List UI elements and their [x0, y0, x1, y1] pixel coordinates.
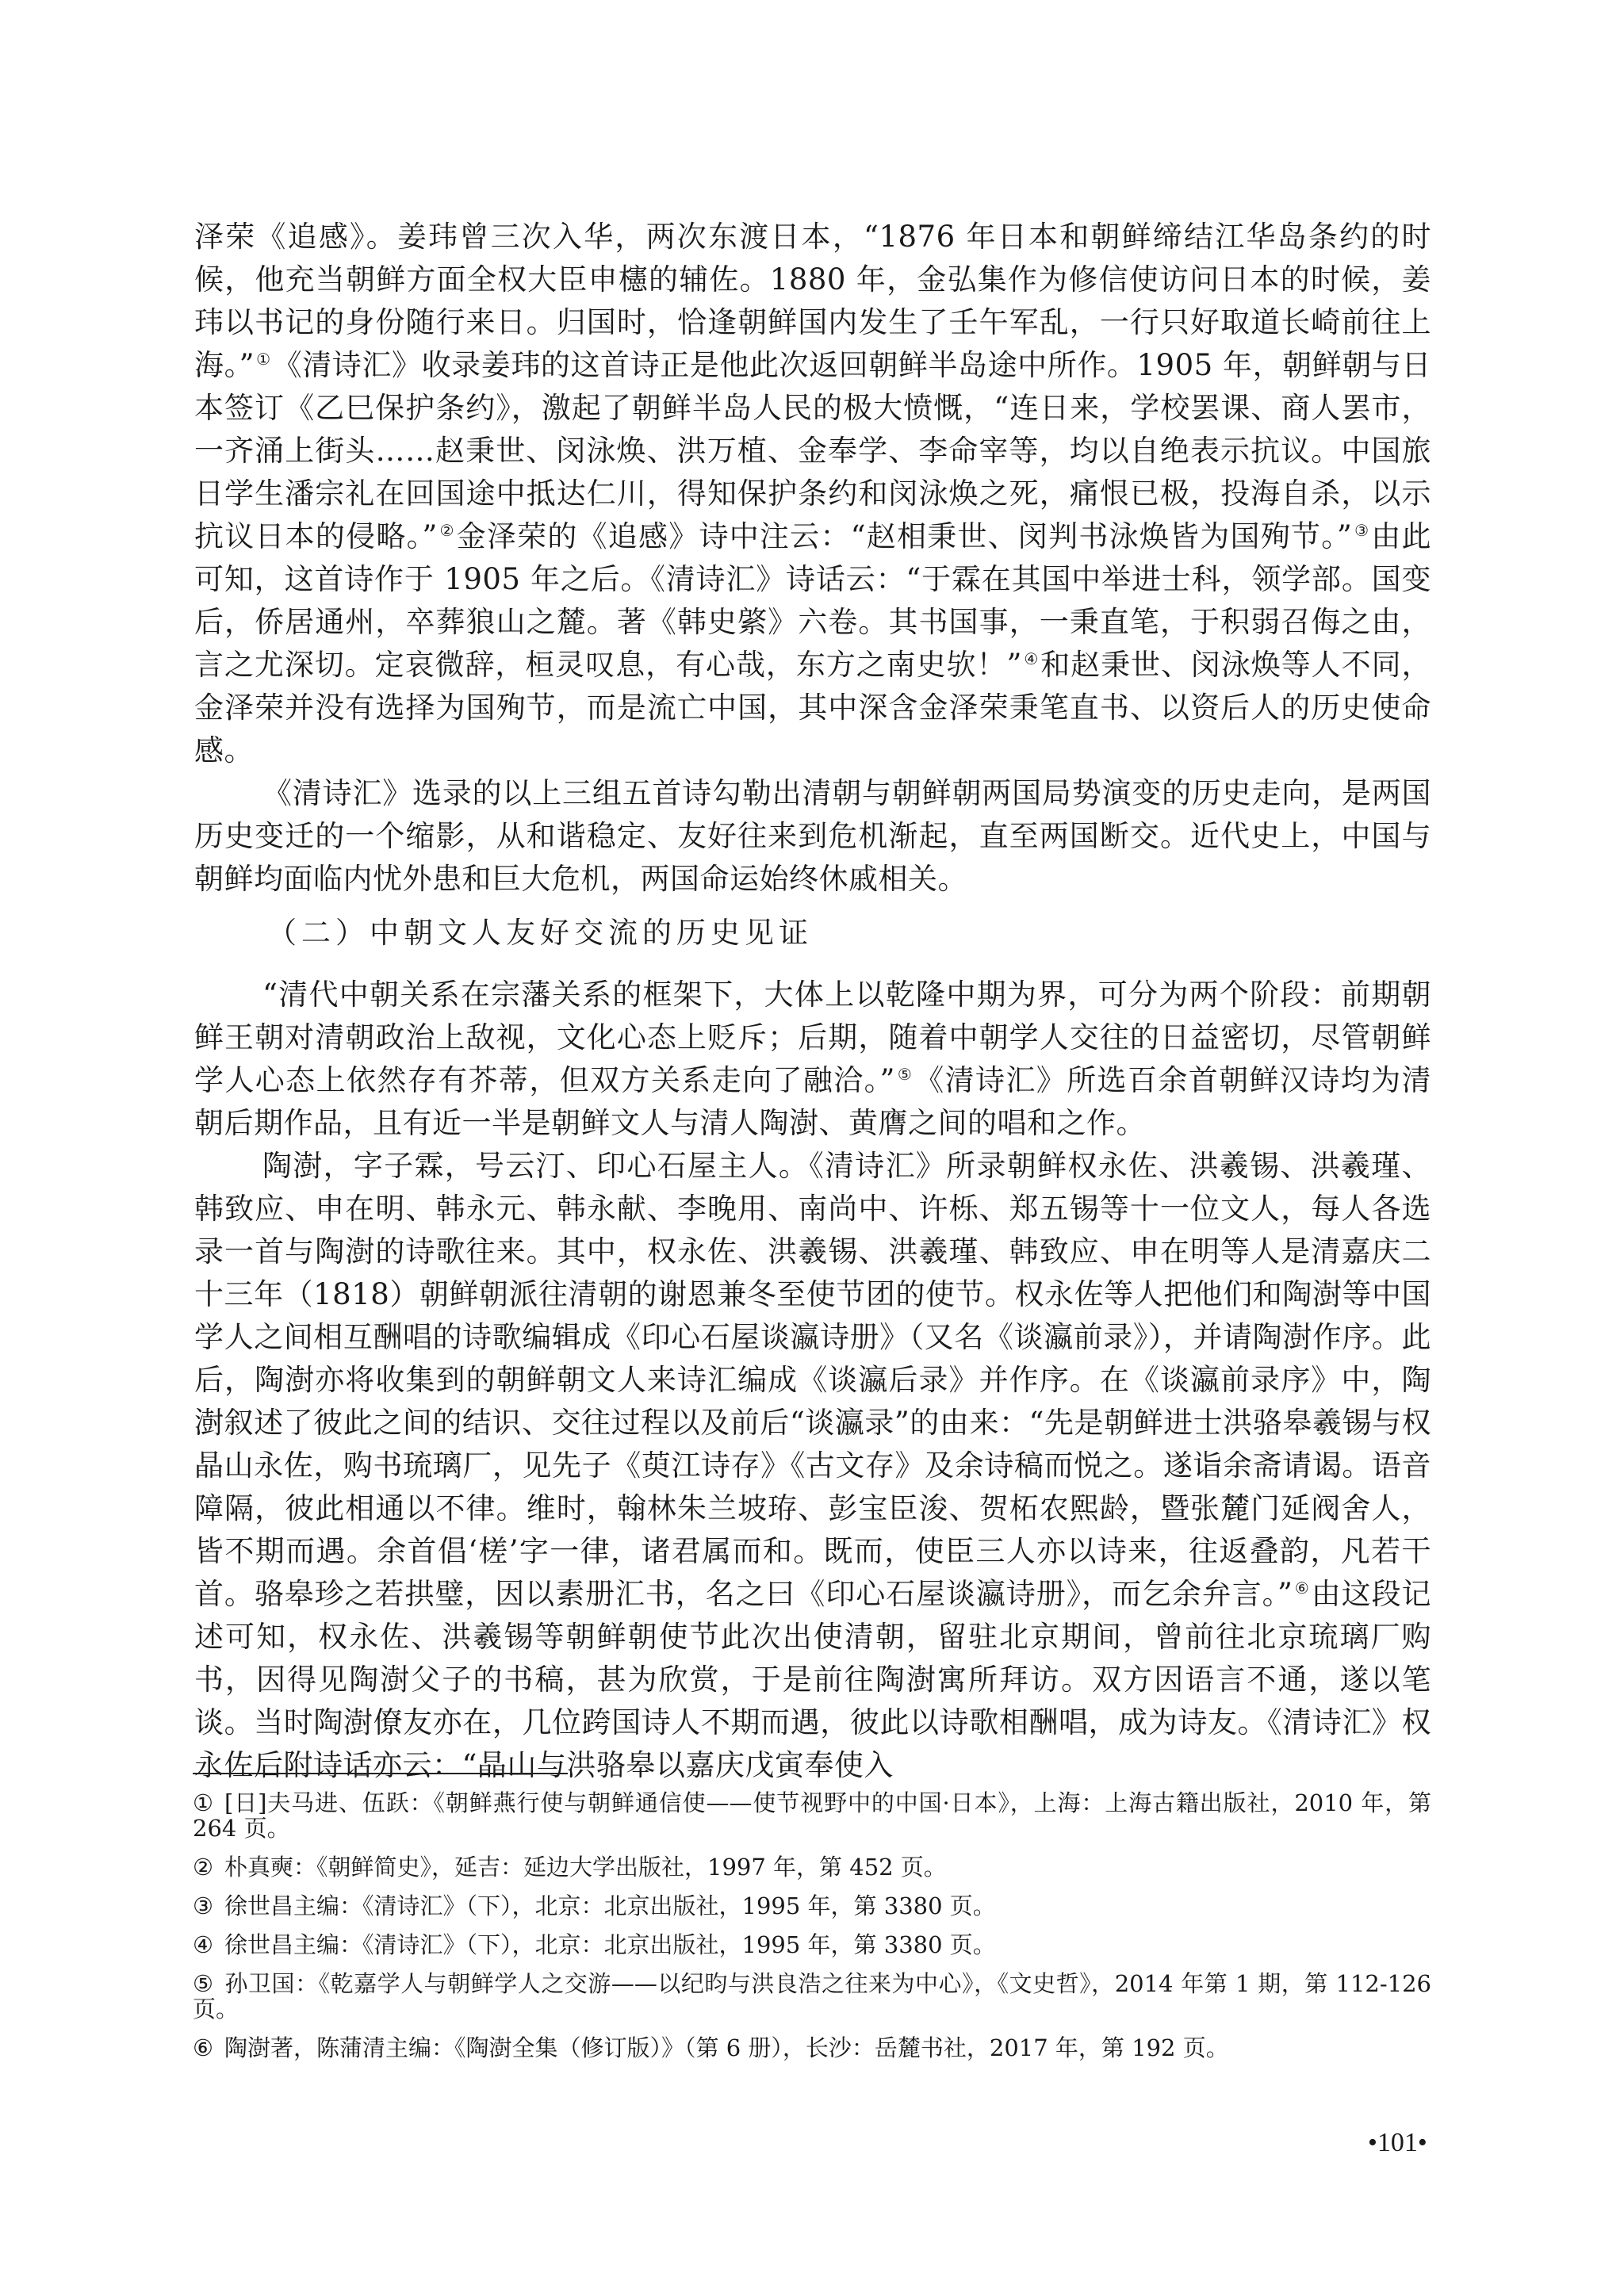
footnote-number: ② — [193, 1854, 213, 1880]
footnote-ref-2[interactable]: ② — [439, 521, 455, 540]
footnote-4: ④徐世昌主编：《清诗汇》（下），北京：北京出版社，1995 年，第 3380 页… — [193, 1932, 1431, 1957]
footnotes: ①[日]夫马进、伍跃：《朝鲜燕行使与朝鲜通信使——使节视野中的中国·日本》，上海… — [193, 1790, 1431, 2074]
footnote-1: ①[日]夫马进、伍跃：《朝鲜燕行使与朝鲜通信使——使节视野中的中国·日本》，上海… — [193, 1790, 1431, 1841]
paragraph-3: “清代中朝关系在宗藩关系的框架下，大体上以乾隆中期为界，可分为两个阶段：前期朝鲜… — [194, 974, 1431, 1145]
paragraph-1: 泽荣《追感》。姜玮曾三次入华，两次东渡日本，“1876 年日本和朝鲜缔结江华岛条… — [194, 216, 1431, 772]
document-page: 泽荣《追感》。姜玮曾三次入华，两次东渡日本，“1876 年日本和朝鲜缔结江华岛条… — [0, 0, 1624, 2296]
paragraph-text: 陶澍，字子霖，号云汀、印心石屋主人。《清诗汇》所录朝鲜权永佐、洪羲锡、洪羲瑾、韩… — [194, 1149, 1431, 1611]
footnote-5: ⑤孙卫国：《乾嘉学人与朝鲜学人之交游——以纪昀与洪良浩之往来为中心》，《文史哲》… — [193, 1971, 1431, 2022]
footnote-number: ④ — [193, 1932, 213, 1957]
footnote-text: 徐世昌主编：《清诗汇》（下），北京：北京出版社，1995 年，第 3380 页。 — [224, 1892, 996, 1919]
footnote-ref-3[interactable]: ③ — [1354, 521, 1369, 540]
body-text: 泽荣《追感》。姜玮曾三次入华，两次东渡日本，“1876 年日本和朝鲜缔结江华岛条… — [194, 216, 1431, 1787]
section-heading: （二）中朝文人友好交流的历史见证 — [194, 912, 1431, 955]
paragraph-4: 陶澍，字子霖，号云汀、印心石屋主人。《清诗汇》所录朝鲜权永佐、洪羲锡、洪羲瑾、韩… — [194, 1145, 1431, 1787]
page-number: •101• — [1368, 2128, 1427, 2158]
footnote-text: 徐世昌主编：《清诗汇》（下），北京：北京出版社，1995 年，第 3380 页。 — [224, 1931, 996, 1958]
footnote-number: ⑥ — [193, 2035, 213, 2061]
footnote-text: 孙卫国：《乾嘉学人与朝鲜学人之交游——以纪昀与洪良浩之往来为中心》，《文史哲》，… — [193, 1970, 1431, 2022]
footnote-3: ③徐世昌主编：《清诗汇》（下），北京：北京出版社，1995 年，第 3380 页… — [193, 1893, 1431, 1919]
footnote-text: 朴真奭：《朝鲜简史》，延吉：延边大学出版社，1997 年，第 452 页。 — [224, 1854, 947, 1881]
paragraph-2: 《清诗汇》选录的以上三组五首诗勾勒出清朝与朝鲜朝两国局势演变的历史走向，是两国历… — [194, 772, 1431, 901]
paragraph-text: 金泽荣的《追感》诗中注云：“赵相秉世、闵判书泳焕皆为国殉节。” — [457, 519, 1353, 553]
footnote-2: ②朴真奭：《朝鲜简史》，延吉：延边大学出版社，1997 年，第 452 页。 — [193, 1854, 1431, 1880]
footnote-number: ⑤ — [193, 1971, 213, 1996]
footnote-ref-5[interactable]: ⑤ — [897, 1065, 913, 1084]
paragraph-text: 《清诗汇》选录的以上三组五首诗勾勒出清朝与朝鲜朝两国局势演变的历史走向，是两国历… — [194, 776, 1431, 896]
footnote-number: ① — [193, 1790, 213, 1816]
footnote-separator — [193, 1773, 568, 1774]
footnote-ref-1[interactable]: ① — [256, 350, 271, 369]
footnote-text: 陶澍著，陈蒲清主编：《陶澍全集（修订版）》（第 6 册），长沙：岳麓书社，201… — [224, 2034, 1229, 2061]
footnote-6: ⑥陶澍著，陈蒲清主编：《陶澍全集（修订版）》（第 6 册），长沙：岳麓书社，20… — [193, 2035, 1431, 2061]
footnote-number: ③ — [193, 1893, 213, 1919]
footnote-ref-4[interactable]: ④ — [1024, 649, 1039, 668]
footnote-ref-6[interactable]: ⑥ — [1294, 1578, 1309, 1598]
footnote-text: [日]夫马进、伍跃：《朝鲜燕行使与朝鲜通信使——使节视野中的中国·日本》，上海：… — [193, 1789, 1431, 1842]
